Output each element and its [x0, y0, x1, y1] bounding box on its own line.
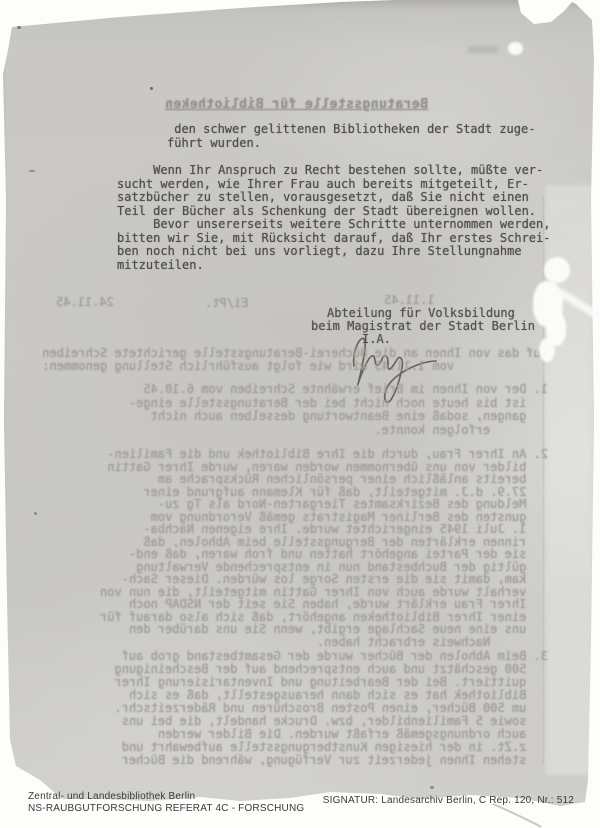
letter-paragraph-2: Wenn Ihr Anspruch zu Recht bestehen soll…	[117, 164, 550, 272]
paper-speck	[430, 786, 434, 789]
text-line: gangen, sodaß eine Beantwortung desselbe…	[30, 410, 548, 424]
white-damage-spot	[539, 338, 555, 362]
bleedthrough-heading: Beratungsstelle für Bibliotheken	[152, 98, 428, 111]
archive-signature-reference: SIGNATUR: Landesarchiv Berlin, C Rep. 12…	[320, 795, 574, 806]
text-line: 1. Juli 1945 eingerichtet wurde. Ihre ei…	[30, 523, 548, 536]
text-line: Meldung des Bezirksamtes Tiergarten-Nord…	[30, 498, 548, 511]
text-line: Ihrer Frau erklärt wurde, haben Sie seit…	[30, 598, 548, 611]
text-line: ben noch nicht bei uns vorliegt, dazu Ih…	[117, 245, 550, 259]
text-line: sie der Partei angehört hatten und froh …	[30, 548, 548, 561]
text-line: sucht werden, wie Ihrer Frau auch bereit…	[117, 178, 550, 192]
text-line: stehen Ihnen jederzeit zur Verfügung, wä…	[30, 754, 548, 767]
text-line: den schwer gelittenen Bibliotheken der S…	[167, 123, 535, 137]
archive-institution-line1: Zentral- und Landesbibliothek Berlin	[28, 791, 304, 803]
archive-institution-line2: NS-RAUBGUTFORSCHUNG REFERAT 4C - FORSCHU…	[28, 803, 304, 815]
text-line: 1. Der von Ihnen im Brief erwähnte Schre…	[30, 383, 548, 397]
paper-speck	[34, 512, 37, 515]
text-line: kam, damit sie die ersten Sorge los würd…	[30, 573, 548, 586]
paper-speck	[150, 87, 153, 90]
text-line: satzbücher zu stellen, vorausgesetzt, da…	[117, 191, 550, 205]
paper-speck	[29, 170, 35, 172]
bleedthrough-date-right: 24.11.45	[56, 296, 114, 309]
archive-institution-label: Zentral- und Landesbibliothek Berlin NS-…	[28, 791, 304, 815]
text-line: Nachweis erbracht haben.	[30, 636, 548, 649]
bleedthrough-intro: Auf das von Ihnen an die Bücherei-Beratu…	[30, 347, 548, 373]
scanned-document-page: Beratungsstelle für Bibliotheken den sch…	[0, 0, 600, 828]
text-line: bitten wir Sie, mit Rücksicht darauf, da…	[117, 232, 550, 246]
bleedthrough-item-1: 1. Der von Ihnen im Brief erwähnte Schre…	[30, 383, 548, 437]
text-line: erfolgen konnte.	[30, 424, 548, 438]
bleedthrough-item-3: 3. Beim Abholen der Bücher wurde der Ges…	[30, 650, 548, 767]
bleedthrough-initials: Ei/Pt.	[205, 297, 248, 310]
sender-department: Abteilung für Volksbildung	[327, 306, 515, 320]
text-line: 2. An Ihrer Frau, durch die Ihre Bibliot…	[30, 448, 548, 461]
text-line: vom 1.11.45 wird wie folgt ausführlich S…	[30, 360, 548, 373]
pencil-smudge	[468, 46, 498, 53]
bleedthrough-item-2: 2. An Ihrer Frau, durch die Ihre Bibliot…	[30, 448, 548, 648]
text-line: führt wurden.	[167, 137, 535, 151]
text-line: ist bis heute noch nicht bei der Beratun…	[30, 397, 548, 411]
text-line: Wenn Ihr Anspruch zu Recht bestehen soll…	[117, 164, 550, 178]
text-line: Bevor unsererseits weitere Schritte unte…	[117, 218, 550, 232]
paper-speck	[17, 26, 21, 29]
white-damage-spot	[544, 257, 570, 283]
white-damage-spot	[508, 42, 523, 55]
text-line: Teil der Bücher als Schenkung der Stadt …	[117, 205, 550, 219]
text-line: mitzuteilen.	[117, 259, 550, 273]
letter-paragraph-1: den schwer gelittenen Bibliotheken der S…	[167, 123, 535, 150]
text-line: bereits anläßlich einer persönlichen Rüc…	[30, 473, 548, 486]
text-line: uns eine neue Sachlage ergibt, wenn Sie …	[30, 623, 548, 636]
